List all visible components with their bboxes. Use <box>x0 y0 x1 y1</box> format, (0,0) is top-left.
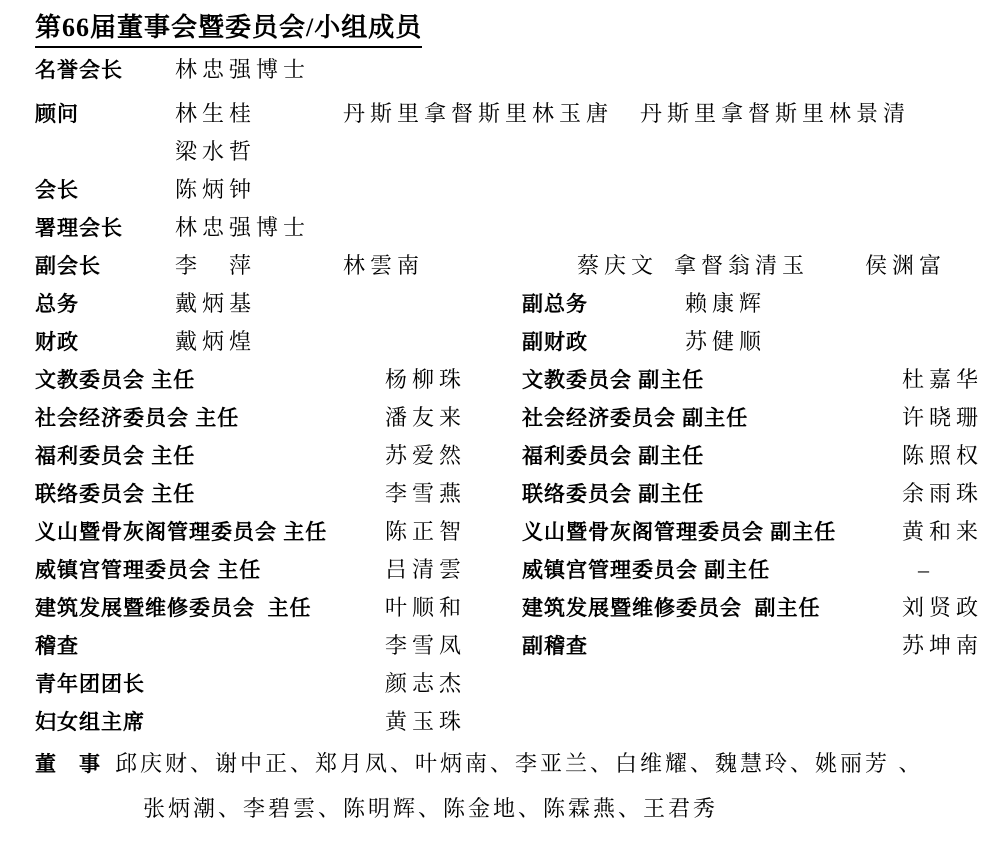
committee-label-building-head: 建筑发展暨维修委员会 主任 <box>35 596 312 621</box>
member-name: 丹斯里拿督斯里林玉唐 <box>343 101 613 127</box>
member-name: 戴炳煌 <box>175 329 256 355</box>
member-name: 林雲南 <box>343 253 424 279</box>
member-name: 蔡庆文 <box>577 253 658 279</box>
committee-label-building-deputy: 建筑发展暨维修委员会 副主任 <box>522 596 821 621</box>
member-name: 苏坤南 <box>902 633 983 659</box>
member-name: 侯渊富 <box>865 253 946 279</box>
member-name: 叶顺和 <box>385 595 466 621</box>
role-label-youth-leader: 青年团团长 <box>35 672 145 697</box>
member-name: 梁水哲 <box>175 139 256 165</box>
member-name: 李雪凤 <box>385 633 466 659</box>
committee-label-culture-education-deputy: 文教委员会 副主任 <box>522 368 704 393</box>
committee-label-socio-economy-head: 社会经济委员会 主任 <box>35 406 239 431</box>
member-name: 林忠强博士 <box>175 57 310 83</box>
role-label-treasurer: 财政 <box>35 330 79 355</box>
member-name: 杜嘉华 <box>902 367 983 393</box>
page-title: 第66届董事会暨委员会/小组成员 <box>35 12 422 48</box>
member-name: 李雪燕 <box>385 481 466 507</box>
role-label-auditor: 稽查 <box>35 634 79 659</box>
member-name: 黄玉珠 <box>385 709 466 735</box>
member-name: 李 萍 <box>175 253 256 279</box>
role-label-deputy-general-affairs: 副总务 <box>522 292 588 317</box>
member-name: 丹斯里拿督斯里林景清 <box>640 101 910 127</box>
committee-label-cemetery-head: 义山暨骨灰阁管理委员会 主任 <box>35 520 327 545</box>
member-name: 赖康辉 <box>685 291 766 317</box>
role-label-acting-president: 署理会长 <box>35 216 123 241</box>
directors-names-line1: 邱庆财、谢中正、郑月凤、叶炳南、李亚兰、白维耀、魏慧玲、姚丽芳 、 <box>115 751 924 777</box>
role-label-president: 会长 <box>35 178 79 203</box>
committee-label-liaison-head: 联络委员会 主任 <box>35 482 195 507</box>
member-name: 戴炳基 <box>175 291 256 317</box>
member-name: 陈正智 <box>385 519 466 545</box>
committee-label-socio-economy-deputy: 社会经济委员会 副主任 <box>522 406 748 431</box>
role-label-general-affairs: 总务 <box>35 292 79 317</box>
committee-label-temple-deputy: 威镇宫管理委员会 副主任 <box>522 558 770 583</box>
committee-label-culture-education-head: 文教委员会 主任 <box>35 368 195 393</box>
role-label-advisor: 顾问 <box>35 102 79 127</box>
role-label-vice-president: 副会长 <box>35 254 101 279</box>
directors-names-line2: 张炳潮、李碧雲、陈明辉、陈金地、陈霖燕、王君秀 <box>143 796 718 822</box>
member-name: 拿督翁清玉 <box>674 253 809 279</box>
role-label-honorary-president: 名誉会长 <box>35 58 123 83</box>
member-name: 林生桂 <box>175 101 256 127</box>
member-name: 刘贤政 <box>902 595 983 621</box>
committee-label-cemetery-deputy: 义山暨骨灰阁管理委员会 副主任 <box>522 520 836 545</box>
committee-label-welfare-deputy: 福利委员会 副主任 <box>522 444 704 469</box>
role-label-women-chairperson: 妇女组主席 <box>35 710 145 735</box>
role-label-directors: 董 事 <box>35 752 101 777</box>
member-name: 林忠强博士 <box>175 215 310 241</box>
member-name: 余雨珠 <box>902 481 983 507</box>
member-name: 颜志杰 <box>385 671 466 697</box>
member-name: 苏爱然 <box>385 443 466 469</box>
member-name: 杨柳珠 <box>385 367 466 393</box>
committee-label-temple-head: 威镇宫管理委员会 主任 <box>35 558 261 583</box>
member-name: 吕清雲 <box>385 557 466 583</box>
document-page: 第66届董事会暨委员会/小组成员 名誉会长 林忠强博士 顾问 林生桂 丹斯里拿督… <box>0 0 1002 846</box>
member-name: 苏健顺 <box>685 329 766 355</box>
member-name: 陈炳钟 <box>175 177 256 203</box>
role-label-deputy-auditor: 副稽查 <box>522 634 588 659</box>
member-name: 许晓珊 <box>902 405 983 431</box>
committee-label-welfare-head: 福利委员会 主任 <box>35 444 195 469</box>
role-label-deputy-treasurer: 副财政 <box>522 330 588 355</box>
member-name: 陈照权 <box>902 443 983 469</box>
vacant-dash: – <box>918 557 934 583</box>
committee-label-liaison-deputy: 联络委员会 副主任 <box>522 482 704 507</box>
member-name: 潘友来 <box>385 405 466 431</box>
member-name: 黄和来 <box>902 519 983 545</box>
